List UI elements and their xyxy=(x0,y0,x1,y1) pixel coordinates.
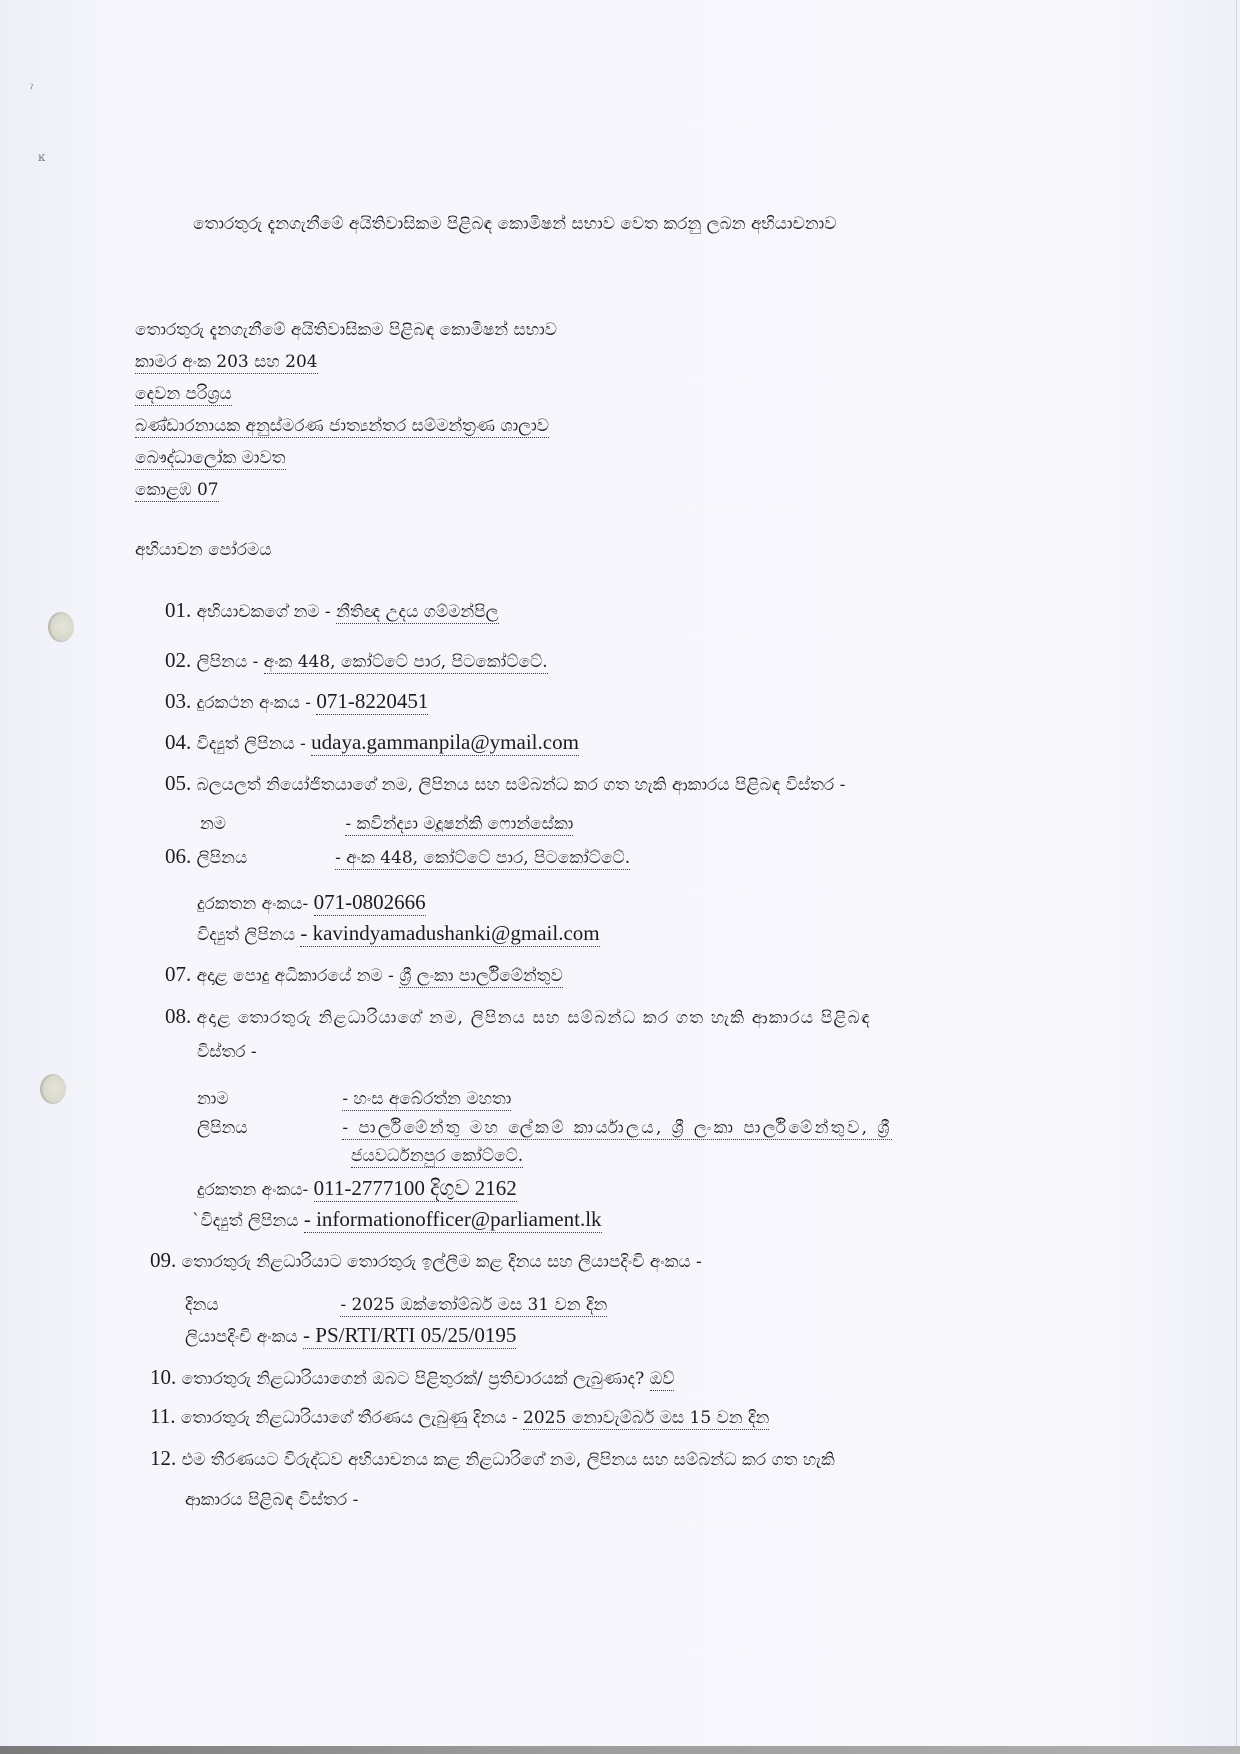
request-date-row: දිනය - 2025 ඔක්තෝම්බර් මස 31 වන දින xyxy=(185,1293,607,1317)
appellant-email: udaya.gammanpila@ymail.com xyxy=(311,730,579,756)
scan-speck: ˀ xyxy=(30,82,33,96)
item-12: 12. එම තීරණයට විරුද්ධව අභියාචනය කළ නිළධා… xyxy=(150,1446,835,1472)
scanned-page: ˀ ĸ තොරතුරු දැනගැනීමේ අයිතිවාසිකම පිළිබඳ… xyxy=(0,0,1237,1746)
item-05-label: බලයලත් නියෝජිතයාගේ නම, ලිපිනය සහ සම්බන්ධ… xyxy=(197,775,846,795)
appellant-phone: 071-8220451 xyxy=(316,689,428,715)
floor: දෙවන පරිශ්‍රය xyxy=(135,384,232,406)
officer-address-line-2: ජයවර්ධනපුර කෝට්ටේ. xyxy=(351,1146,523,1168)
registration-label: ලියාපදිංචි අංකය xyxy=(185,1327,298,1347)
agent-email-label: විද්‍යුත් ලිපිනය xyxy=(197,925,295,945)
item-06: 06. ලිපිනය - අංක 448, කෝට්ටේ පාර, පිටකෝට… xyxy=(165,844,630,870)
agent-name-row: නම - කවින්ද්‍යා මදූෂන්කි ෆොන්සේකා xyxy=(200,812,573,836)
item-09-label: තොරතුරු නිළධාරියාට තොරතුරු ඉල්ලීම කළ දින… xyxy=(182,1252,702,1272)
request-date: - 2025 ඔක්තෝම්බර් මස 31 වන දින xyxy=(340,1295,607,1317)
appellant-address: අංක 448, කෝට්ටේ පාර, පිටකෝට්ටේ. xyxy=(264,652,548,674)
registration-row: ලියාපදිංචි අංකය - PS/RTI/RTI 05/25/0195 xyxy=(185,1323,516,1349)
agent-name-label: නම xyxy=(200,812,340,836)
document-heading: තොරතුරු දැනගැනීමේ අයිතිවාසිකම පිළිබඳ කොම… xyxy=(193,212,836,236)
agent-phone-row: දුරකතන අංකය- 071-0802666 xyxy=(197,890,426,916)
address-line-1: තොරතුරු දැනගැනීමේ අයිතිවාසිකම පිළිබඳ කොම… xyxy=(135,318,557,342)
address-line-2: කාමර අංක 203 සහ 204 xyxy=(135,350,318,374)
officer-phone-row: දුරකතන අංකය- 011-2777100 දිගුව 2162 xyxy=(197,1176,517,1202)
item-11-label: තොරතුරු නිළධාරියාගේ තීරණය ලැබුණු දිනය - xyxy=(181,1408,518,1428)
scan-bottom-edge xyxy=(0,1746,1240,1754)
officer-address-row: ලිපිනය - පාර්ලිමේන්තු මහ ලේකම් කාර්යාලය,… xyxy=(197,1116,892,1140)
item-04-label: විද්‍යුත් ලිපිනය - xyxy=(197,734,306,754)
request-date-label: දිනය xyxy=(185,1293,335,1317)
item-01: 01. අභියාචකගේ නම - නීතිඥ උදය ගම්මන්පිල xyxy=(165,598,499,624)
building: බණ්ඩාරනායක අනුස්මරණ ජාත්‍යන්තර සම්මන්ත්‍… xyxy=(135,416,549,438)
item-03: 03. දුරකථන අංකය - 071-8220451 xyxy=(165,689,428,715)
scan-speck: ĸ xyxy=(38,150,45,164)
address-line-3: දෙවන පරිශ්‍රය xyxy=(135,382,232,406)
room-number: කාමර අංක 203 සහ 204 xyxy=(135,352,318,374)
officer-phone: 011-2777100 දිගුව 2162 xyxy=(314,1176,517,1202)
public-authority: ශ්‍රී ලංකා පාර්ලිමේන්තුව xyxy=(399,966,563,988)
item-09: 09. තොරතුරු නිළධාරියාට තොරතුරු ඉල්ලීම කළ… xyxy=(150,1248,702,1274)
item-10-label: තොරතුරු නිළධාරියාගෙන් ඔබට පිළිතුරක්/ ප්‍… xyxy=(182,1369,645,1389)
officer-phone-label: දුරකතන අංකය- xyxy=(197,1180,308,1200)
address-line-5: බෞද්ධාලෝක මාවත xyxy=(135,446,286,470)
agent-address-label: ලිපිනය xyxy=(197,846,330,870)
item-12-label-cont: ආකාරය පිළිබඳ විස්තර - xyxy=(185,1488,358,1512)
punch-hole-bottom xyxy=(40,1074,66,1104)
agent-name: - කවින්ද්‍යා මදූෂන්කි ෆොන්සේකා xyxy=(345,814,573,836)
agent-email-row: විද්‍යුත් ලිපිනය - kavindyamadushanki@gm… xyxy=(197,921,600,947)
appellant-name: නීතිඥ උදය ගම්මන්පිල xyxy=(336,602,499,624)
item-07-label: අදාළ පොදු අධිකාරයේ නම - xyxy=(197,966,394,986)
officer-name: - හංස අබේරත්න මහතා xyxy=(342,1089,511,1111)
officer-address-label: ලිපිනය xyxy=(197,1116,337,1140)
officer-email-label: `විද්‍යුත් ලිපිනය xyxy=(192,1211,298,1231)
address-line-6: කොළඹ 07 xyxy=(135,478,219,502)
item-02-label: ලිපිනය - xyxy=(197,652,259,672)
item-01-label: අභියාචකගේ නම - xyxy=(197,602,331,622)
item-07: 07. අදාළ පොදු අධිකාරයේ නම - ශ්‍රී ලංකා ප… xyxy=(165,962,563,988)
item-02: 02. ලිපිනය - අංක 448, කෝට්ටේ පාර, පිටකෝට… xyxy=(165,648,548,674)
officer-address-line-1: - පාර්ලිමේන්තු මහ ලේකම් කාර්යාලය, ශ්‍රී … xyxy=(342,1118,891,1140)
agent-email: - kavindyamadushanki@gmail.com xyxy=(300,921,599,947)
item-03-label: දුරකථන අංකය - xyxy=(197,693,311,713)
officer-email: - informationofficer@parliament.lk xyxy=(304,1207,602,1233)
officer-email-row: `විද්‍යුත් ලිපිනය - informationofficer@p… xyxy=(192,1207,602,1233)
item-08: 08. අදාළ තොරතුරු නිළධාරියාගේ නම, ලිපිනය … xyxy=(165,1004,871,1030)
item-11: 11. තොරතුරු නිළධාරියාගේ තීරණය ලැබුණු දින… xyxy=(150,1404,769,1430)
item-04: 04. විද්‍යුත් ලිපිනය - udaya.gammanpila@… xyxy=(165,730,579,756)
item-08-label: අදාළ තොරතුරු නිළධාරියාගේ නම, ලිපිනය සහ ස… xyxy=(197,1008,871,1028)
punch-hole-top xyxy=(48,612,74,642)
response-received: ඔව් xyxy=(650,1369,675,1391)
item-10: 10. තොරතුරු නිළධාරියාගෙන් ඔබට පිළිතුරක්/… xyxy=(150,1365,674,1391)
item-08-label-cont: විස්තර - xyxy=(197,1040,257,1064)
item-05: 05. බලයලත් නියෝජිතයාගේ නම, ලිපිනය සහ සම්… xyxy=(165,771,845,797)
agent-phone: 071-0802666 xyxy=(314,890,426,916)
city: කොළඹ 07 xyxy=(135,480,219,502)
officer-name-row: නාම - හංස අබේරත්න මහතා xyxy=(197,1087,511,1111)
agent-address: - අංක 448, කෝට්ටේ පාර, පිටකෝට්ටේ. xyxy=(335,848,630,870)
registration-number: - PS/RTI/RTI 05/25/0195 xyxy=(303,1323,516,1349)
decision-date: 2025 නොවැම්බර් මස 15 වන දින xyxy=(523,1408,769,1430)
officer-name-label: නාම xyxy=(197,1087,337,1111)
agent-phone-label: දුරකතන අංකය- xyxy=(197,894,308,914)
item-12-label: එම තීරණයට විරුද්ධව අභියාචනය කළ නිළධාරිගේ… xyxy=(182,1450,835,1470)
address-line-4: බණ්ඩාරනායක අනුස්මරණ ජාත්‍යන්තර සම්මන්ත්‍… xyxy=(135,414,549,438)
street: බෞද්ධාලෝක මාවත xyxy=(135,448,286,470)
form-title: අභියාචන පෝරමය xyxy=(135,538,272,562)
officer-address-cont: ජයවර්ධනපුර කෝට්ටේ. xyxy=(351,1144,523,1168)
